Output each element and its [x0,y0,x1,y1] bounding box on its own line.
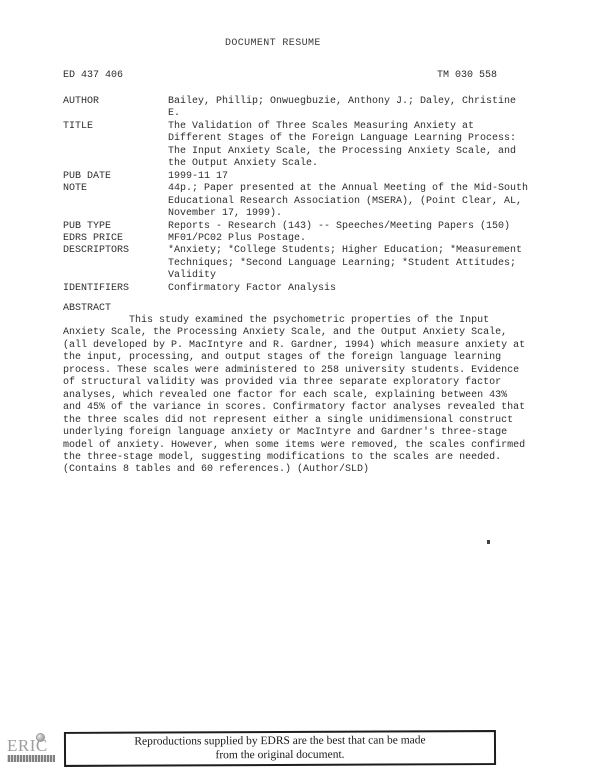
abstract-heading: ABSTRACT [63,303,111,314]
field-row-title: TITLE The Validation of Three Scales Mea… [63,121,555,171]
document-page: DOCUMENT RESUME ED 437 406 TM 030 558 AU… [0,0,600,781]
field-value-pub-type: Reports - Research (143) -- Speeches/Mee… [168,221,555,233]
field-label-title: TITLE [63,121,168,133]
field-label-pub-date: PUB DATE [63,171,168,183]
field-label-note: NOTE [63,183,168,195]
field-row-identifiers: IDENTIFIERS Confirmatory Factor Analysis [63,283,555,295]
field-label-pub-type: PUB TYPE [63,221,168,233]
field-label-author: AUTHOR [63,96,168,108]
field-row-author: AUTHOR Bailey, Phillip; Onwuegbuzie, Ant… [63,96,555,121]
field-value-pub-date: 1999-11 17 [168,171,555,183]
eric-logo-banner [7,755,55,762]
field-value-title: The Validation of Three Scales Measuring… [168,121,555,171]
field-value-descriptors: *Anxiety; *College Students; Higher Educ… [168,245,555,282]
edrs-notice-text: Reproductions supplied by EDRS are the b… [134,734,425,762]
field-value-author: Bailey, Phillip; Onwuegbuzie, Anthony J.… [168,96,555,121]
edrs-notice-box: Reproductions supplied by EDRS are the b… [64,730,496,767]
globe-icon [36,733,45,742]
metadata-fields: AUTHOR Bailey, Phillip; Onwuegbuzie, Ant… [63,96,555,295]
field-label-edrs-price: EDRS PRICE [63,233,168,245]
clearinghouse-number: TM 030 558 [437,70,497,82]
scan-artifact-speck [487,540,490,544]
eric-logo-text: ERIC [7,738,59,754]
field-label-descriptors: DESCRIPTORS [63,245,168,257]
field-row-pub-date: PUB DATE 1999-11 17 [63,171,555,183]
field-row-note: NOTE 44p.; Paper presented at the Annual… [63,183,555,220]
document-resume-header: DOCUMENT RESUME [225,38,321,49]
field-value-edrs-price: MF01/PC02 Plus Postage. [168,233,555,245]
field-row-pub-type: PUB TYPE Reports - Research (143) -- Spe… [63,221,555,233]
field-value-identifiers: Confirmatory Factor Analysis [168,283,555,295]
abstract-text: This study examined the psychometric pro… [63,315,555,477]
field-value-note: 44p.; Paper presented at the Annual Meet… [168,183,555,220]
field-row-edrs-price: EDRS PRICE MF01/PC02 Plus Postage. [63,233,555,245]
field-row-descriptors: DESCRIPTORS *Anxiety; *College Students;… [63,245,555,282]
ed-accession-number: ED 437 406 [63,70,123,82]
eric-logo: ERIC [7,738,59,762]
field-label-identifiers: IDENTIFIERS [63,283,168,295]
